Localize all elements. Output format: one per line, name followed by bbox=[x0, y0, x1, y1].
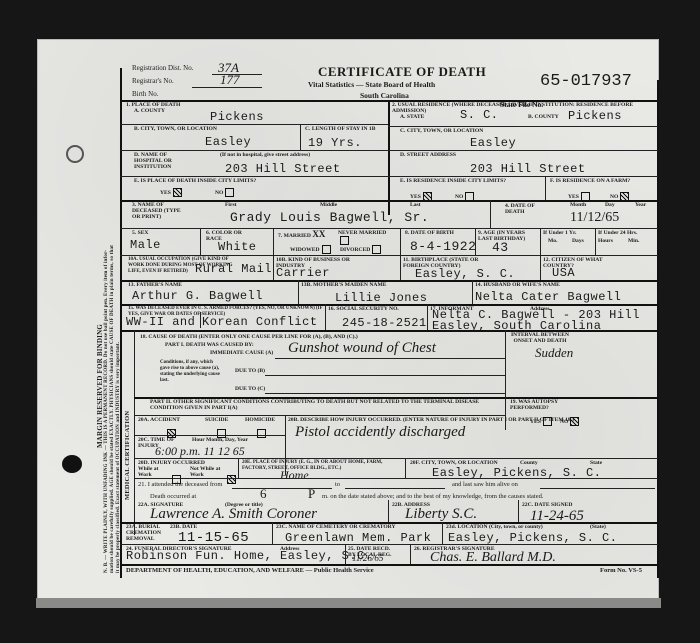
under-24-label: If Under 24 Hrs. bbox=[598, 230, 637, 236]
rule bbox=[272, 522, 273, 544]
binding-margin: MARGIN RESERVED FOR BINDING N. B. — WRIT… bbox=[62, 68, 120, 573]
rule bbox=[273, 255, 274, 280]
date-stated-text: m. on the date stated above; and to the … bbox=[322, 493, 543, 500]
citizen-value: USA bbox=[552, 266, 575, 280]
rule bbox=[388, 100, 390, 215]
rule bbox=[405, 458, 406, 478]
rule bbox=[232, 488, 332, 489]
rule bbox=[388, 150, 658, 151]
accident-option[interactable]: 20a. ACCIDENT bbox=[138, 417, 180, 423]
disposition-location-label: 23d. LOCATION (City, town, or county) bbox=[446, 524, 543, 530]
stay-label: c. LENGTH OF STAY IN 1b bbox=[305, 126, 385, 132]
mother-label: 13b. MOTHER'S MAIDEN NAME bbox=[301, 282, 386, 288]
inside-limits-label: e. IS PLACE OF DEATH INSIDE CITY LIMITS? bbox=[134, 178, 256, 184]
death-time: 6 bbox=[260, 486, 267, 502]
registrar-label: Registrar's No. bbox=[132, 77, 174, 85]
rule bbox=[134, 478, 658, 479]
not-while-work-option[interactable]: Not While at Work bbox=[190, 466, 230, 478]
res-city: Easley bbox=[470, 136, 516, 150]
checkbox-icon[interactable] bbox=[225, 188, 234, 197]
under-1-label: If Under 1 Yr. bbox=[543, 230, 576, 236]
widowed-option[interactable]: WIDOWED bbox=[290, 245, 333, 254]
rule bbox=[427, 304, 428, 330]
father-value: Arthur G. Bagwell bbox=[132, 289, 263, 303]
interval-value: Sudden bbox=[535, 345, 573, 361]
death-city: Easley bbox=[205, 135, 251, 149]
immediate-label: IMMEDIATE CAUSE (a) bbox=[210, 350, 273, 356]
rule bbox=[388, 176, 658, 177]
rule bbox=[518, 500, 519, 522]
never-married-option[interactable]: NEVER MARRIED bbox=[338, 230, 388, 245]
spouse-label: 14. HUSBAND OR WIFE'S NAME bbox=[475, 282, 560, 288]
res-limits-label: e. IS RESIDENCE INSIDE CITY LIMITS? bbox=[400, 178, 510, 184]
registrar-value: 177 bbox=[220, 72, 240, 88]
sex-label: 5. SEX bbox=[132, 230, 148, 236]
rule bbox=[273, 228, 274, 255]
rule bbox=[475, 228, 476, 255]
place-of-injury-label: 20e. PLACE OF INJURY (e. g., in or about… bbox=[242, 460, 402, 472]
length-of-stay: 19 Yrs. bbox=[308, 136, 362, 150]
date-of-death: 11/12/65 bbox=[570, 210, 619, 226]
armed-forces-a: WW-II and bbox=[126, 315, 195, 329]
certificate-subtitle: Vital Statistics — State Board of Health bbox=[308, 80, 435, 89]
homicide-option[interactable]: HOMICIDE bbox=[245, 417, 275, 423]
dob-label: 8. DATE OF BIRTH bbox=[405, 230, 454, 236]
armed-forces-b: Korean Conflict bbox=[202, 315, 318, 329]
interval-label: INTERVAL BETWEEN ONSET AND DEATH bbox=[510, 332, 570, 344]
name-label: 3. NAME OF DECEASED (Type or print) bbox=[132, 202, 182, 220]
rule bbox=[505, 330, 506, 405]
rule bbox=[120, 544, 658, 545]
industry-value: Carrier bbox=[276, 266, 330, 280]
sex-value: Male bbox=[130, 238, 161, 252]
describe-label: 20b. DESCRIBE HOW INJURY OCCURRED. (Ente… bbox=[288, 417, 588, 423]
spouse-value: Nelta Cater Bagwell bbox=[475, 290, 621, 304]
ssn-value: 245-18-2521 bbox=[342, 316, 427, 330]
disposition-state-label: (State) bbox=[590, 524, 606, 530]
checkbox-checked-icon[interactable] bbox=[227, 475, 236, 484]
res-county-label: b. COUNTY bbox=[528, 114, 559, 120]
footer-department: DEPARTMENT OF HEALTH, EDUCATION, AND WEL… bbox=[126, 567, 374, 574]
year-label: Year bbox=[635, 202, 646, 208]
rule bbox=[120, 176, 388, 177]
death-occurred-label: Death occurred at bbox=[150, 493, 196, 500]
rule bbox=[120, 564, 658, 566]
certifier-signature: Lawrence A. Smith Coroner bbox=[150, 506, 317, 523]
res-city-label: c. CITY, TOWN, OR LOCATION bbox=[400, 128, 483, 134]
days-label: Days bbox=[572, 238, 584, 244]
res-county: Pickens bbox=[568, 109, 622, 123]
funeral-director: Robinson Fun. Home, Easley, S.C. bbox=[126, 549, 372, 563]
certificate-title: CERTIFICATE OF DEATH bbox=[318, 64, 486, 80]
homicide-checkbox[interactable] bbox=[255, 424, 268, 442]
death-county: Pickens bbox=[210, 110, 264, 124]
min-label: Min. bbox=[628, 238, 639, 244]
farm-label: f. IS RESIDENCE ON A FARM? bbox=[550, 178, 650, 184]
hospital-label: d. NAME OF HOSPITAL OR INSTITUTION bbox=[134, 152, 194, 170]
scan-edge bbox=[36, 598, 661, 608]
city-label: b. CITY, TOWN, OR LOCATION bbox=[134, 126, 217, 132]
rule bbox=[540, 228, 541, 255]
time-columns-label: Hour Month, Day, Year bbox=[192, 437, 248, 443]
certificate-form: Registration Dist. No. 37A Registrar's N… bbox=[120, 60, 660, 580]
due-b-label: DUE TO (b) bbox=[235, 368, 265, 374]
rule bbox=[505, 397, 506, 430]
rule bbox=[545, 176, 546, 200]
rule bbox=[325, 304, 326, 330]
cemetery-value: Greenlawn Mem. Park bbox=[285, 531, 431, 545]
cemetery-label: 23c. NAME OF CEMETERY OR CREMATORY bbox=[276, 524, 396, 530]
place-of-injury: Home bbox=[280, 468, 309, 483]
county-label: a. COUNTY bbox=[134, 108, 165, 114]
mo-label: Mo. bbox=[548, 238, 557, 244]
time-of-injury: 6:00 p.m. 11 12 65 bbox=[155, 444, 245, 459]
checkbox-checked-icon[interactable] bbox=[173, 188, 182, 197]
checkbox-icon[interactable] bbox=[322, 245, 331, 254]
divorced-option[interactable]: DIVORCED bbox=[340, 245, 383, 254]
immediate-cause: Gunshot wound of Chest bbox=[288, 340, 436, 357]
rule bbox=[275, 358, 505, 359]
hours-label: Hours bbox=[598, 238, 613, 244]
rule bbox=[490, 200, 491, 228]
rule bbox=[134, 435, 285, 436]
while-work-option[interactable]: While at Work bbox=[138, 466, 168, 478]
not-while-work-checkbox[interactable] bbox=[225, 470, 238, 488]
rule bbox=[400, 228, 401, 255]
margin-instructions-2: mation should be carefully supplied. AGE… bbox=[110, 245, 115, 573]
hospital-hint: (If not in hospital, give street address… bbox=[220, 152, 310, 158]
due-c-label: DUE TO (c) bbox=[235, 386, 265, 392]
rule bbox=[345, 544, 346, 564]
father-label: 13. FATHER'S NAME bbox=[128, 282, 182, 288]
attended-label: 21. I attended the deceased from bbox=[138, 481, 222, 488]
part1-label: PART I. DEATH WAS CAUSED BY: bbox=[165, 342, 254, 348]
res-state: S. C. bbox=[460, 108, 499, 122]
middle-label: Middle bbox=[320, 202, 337, 208]
rule bbox=[388, 500, 389, 522]
age-value: 43 bbox=[492, 240, 509, 255]
margin-instructions-1: N. B. — WRITE PLAINLY, WITH UNFADING INK… bbox=[104, 250, 109, 573]
disposition-location: Easley, Pickens, S. C. bbox=[448, 531, 617, 545]
rule bbox=[200, 312, 201, 328]
married-option[interactable]: 7. MARRIED XX bbox=[278, 231, 325, 239]
rule bbox=[265, 375, 505, 376]
month-label: Month bbox=[570, 202, 586, 208]
rule bbox=[265, 393, 505, 394]
mother-value: Lillie Jones bbox=[335, 291, 427, 305]
ssn-label: 16. SOCIAL SECURITY NO. bbox=[328, 306, 399, 312]
rule bbox=[298, 280, 299, 304]
rule bbox=[388, 126, 658, 127]
checkbox-icon[interactable] bbox=[372, 245, 381, 254]
frame-left bbox=[120, 68, 122, 578]
res-state-label: a. STATE bbox=[400, 114, 424, 120]
rule bbox=[120, 280, 658, 282]
frame-right bbox=[657, 80, 659, 578]
suicide-option[interactable]: SUICIDE bbox=[205, 417, 228, 423]
checkbox-icon[interactable] bbox=[257, 429, 266, 438]
first-label: First bbox=[225, 202, 237, 208]
attended-to-label: to bbox=[335, 481, 340, 488]
rule bbox=[410, 544, 411, 564]
rule bbox=[134, 458, 658, 459]
res-street: 203 Hill Street bbox=[470, 162, 586, 176]
checkbox-icon[interactable] bbox=[340, 236, 349, 245]
inside-limits-yes[interactable]: YES bbox=[160, 188, 184, 197]
rule bbox=[120, 255, 658, 256]
rule bbox=[472, 280, 473, 304]
rule bbox=[300, 124, 301, 150]
date-of-death-label: 4. DATE OF DEATH bbox=[505, 203, 545, 215]
certificate-state: South Carolina bbox=[360, 91, 409, 100]
rule bbox=[595, 228, 596, 255]
part2-label: PART II. OTHER SIGNIFICANT CONDITIONS CO… bbox=[150, 399, 500, 411]
state-file-number: 65-017937 bbox=[540, 72, 632, 91]
birth-no-label: Birth No. bbox=[132, 90, 158, 98]
day-label: Day bbox=[605, 202, 615, 208]
rule bbox=[120, 330, 658, 332]
reg-dist-label: Registration Dist. No. bbox=[132, 64, 193, 72]
death-ampm: P bbox=[308, 486, 315, 502]
rule bbox=[200, 228, 201, 255]
footer-form-number: Form No. VS-5 bbox=[600, 567, 642, 574]
autopsy-label: 19. WAS AUTOPSY PERFORMED? bbox=[510, 399, 580, 411]
rule bbox=[120, 124, 388, 125]
medical-certification-label: MEDICAL CERTIFICATION bbox=[124, 411, 131, 500]
last-label: Last bbox=[410, 202, 421, 208]
occupation-value: Rural Mail bbox=[195, 262, 272, 276]
rule bbox=[238, 458, 239, 478]
hospital-value: 203 Hill Street bbox=[225, 162, 341, 176]
date-recd: 11/26/65 bbox=[352, 553, 383, 563]
rule bbox=[345, 488, 445, 489]
rule bbox=[540, 488, 655, 489]
rule bbox=[134, 330, 135, 535]
res-street-label: d. STREET ADDRESS bbox=[400, 152, 456, 158]
inside-limits-no[interactable]: NO bbox=[215, 188, 236, 197]
birthplace-value: Easley, S. C. bbox=[415, 267, 515, 281]
rule bbox=[442, 522, 443, 544]
rule bbox=[134, 415, 505, 416]
color-value: White bbox=[218, 240, 257, 254]
margin-reserved-text: MARGIN RESERVED FOR BINDING bbox=[96, 324, 104, 448]
rule bbox=[540, 255, 541, 280]
underline bbox=[192, 87, 262, 88]
decedent-name: Grady Louis Bagwell, Sr. bbox=[230, 210, 429, 225]
certifier-address: Liberty S.C. bbox=[405, 506, 477, 523]
injury-description: Pistol accidently discharged bbox=[295, 424, 465, 441]
conditions-label: Conditions, if any, which gave rise to a… bbox=[160, 360, 222, 384]
rule bbox=[120, 150, 388, 151]
burial-label: 23a. BURIAL CREMATION REMOVAL bbox=[126, 524, 166, 542]
rule bbox=[400, 255, 401, 280]
last-saw-label: and last saw him alive on bbox=[452, 481, 518, 488]
date-of-birth: 8-4-1922 bbox=[410, 239, 476, 254]
